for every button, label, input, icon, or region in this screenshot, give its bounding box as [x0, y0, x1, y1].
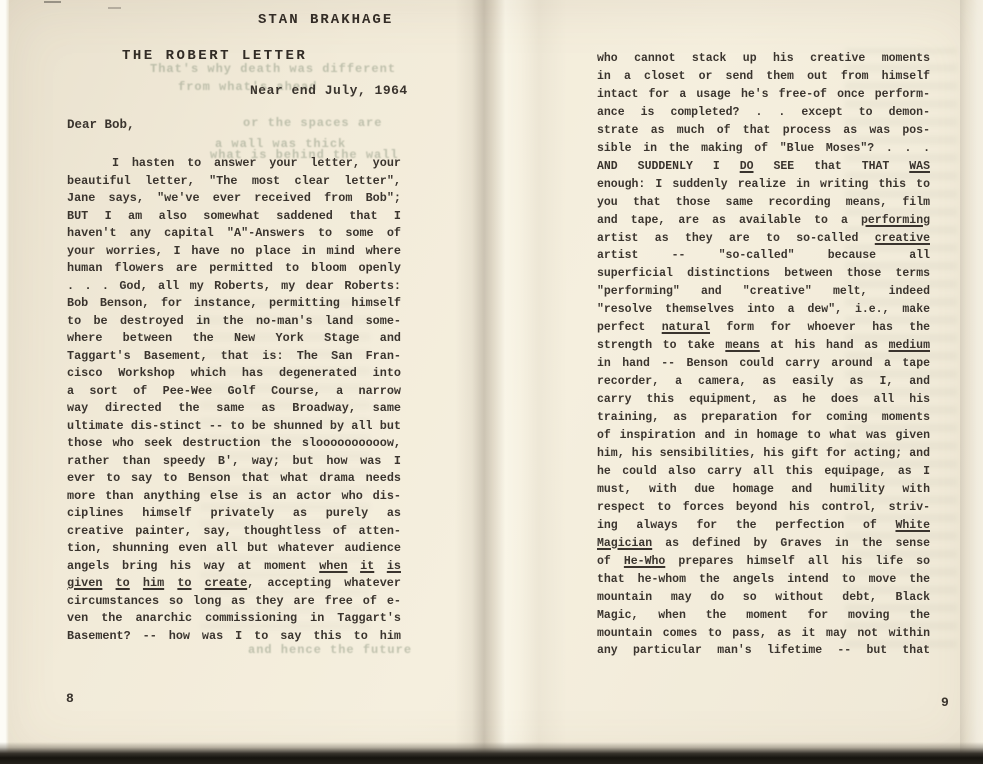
salutation: Dear Bob, [67, 118, 135, 132]
running-header-author: STAN BRAKHAGE [258, 12, 393, 28]
date-line: Near end July, 1964 [250, 83, 408, 98]
showthrough-text: and hence the future [248, 643, 412, 657]
text-line: artist -- "so-called" because all [597, 247, 930, 265]
text-line: Magic, when the moment for moving the [597, 607, 930, 625]
text-line: Basement? -- how was I to say this to hi… [67, 628, 401, 646]
text-line: enough: I suddenly realize in writing th… [597, 176, 930, 194]
text-line: more than anything else is an actor who … [67, 488, 401, 506]
text-line: perfect natural form for whoever has the [597, 319, 930, 337]
text-line: artist as they are to so-called creative [597, 230, 930, 248]
text-line: circumstances so long as they are free o… [67, 593, 401, 611]
text-line: given to him to create, accepting whatev… [67, 575, 401, 593]
text-line: to be destroyed in the no-man's land som… [67, 313, 401, 331]
text-line: respect to forces beyond his control, st… [597, 499, 930, 517]
text-line: where between the New York Stage and [67, 330, 401, 348]
text-line: angels bring his way at moment when it i… [67, 558, 401, 576]
text-line: and tape, are as available to a performi… [597, 212, 930, 230]
text-line: of inspiration and in homage to what was… [597, 427, 930, 445]
text-line: of He-Who prepares himself all his life … [597, 553, 930, 571]
text-line: creative painter, say, thoughtless of at… [67, 523, 401, 541]
text-line: training, as preparation for coming mome… [597, 409, 930, 427]
text-line: rather than speedy B', way; but how was … [67, 453, 401, 471]
text-line: ever to say to Benson that what drama ne… [67, 470, 401, 488]
text-line: strate as much of that process as was po… [597, 122, 930, 140]
text-line: beautiful letter, "The most clear letter… [67, 173, 401, 191]
text-line: ing always for the perfection of White [597, 517, 930, 535]
text-line: AND SUDDENLY I DO SEE that THAT WAS [597, 158, 930, 176]
text-line: BUT I am also somewhat saddened that I [67, 208, 401, 226]
showthrough-text: or the spaces are [243, 116, 382, 130]
book-edge-shadow [0, 742, 983, 764]
scan-artifact [108, 7, 121, 9]
text-line: Taggart's Basement, that is: The San Fra… [67, 348, 401, 366]
text-line: in a closet or send them out from himsel… [597, 68, 930, 86]
text-line: that he-whom the angels intend to move t… [597, 571, 930, 589]
text-line: Bob Benson, for instance, permitting him… [67, 295, 401, 313]
scan-artifact [44, 1, 61, 3]
text-line: human flowers are permitted to bloom ope… [67, 260, 401, 278]
showthrough-text: That's why death was different [150, 62, 396, 76]
text-line: "performing" and "creative" melt, indeed [597, 283, 930, 301]
text-line: haven't any capital "A"-Answers to some … [67, 225, 401, 243]
page-number-right: 9 [941, 695, 949, 710]
text-line: ultimate dis-stinct -- to be shunned by … [67, 418, 401, 436]
text-line: him, his sensibilities, his gift for act… [597, 445, 930, 463]
text-line: Magician as defined by Graves in the sen… [597, 535, 930, 553]
text-line: . . . God, all my Roberts, my dear Rober… [67, 278, 401, 296]
text-line: tion, shunning even all but whatever aud… [67, 540, 401, 558]
text-line: you that those same recording means, fil… [597, 194, 930, 212]
page-edge-right [960, 0, 983, 764]
text-line: strength to take means at his hand as me… [597, 337, 930, 355]
text-line: carry this equipment, as he does all his [597, 391, 930, 409]
text-line: those who seek destruction the slooooooo… [67, 435, 401, 453]
right-page-text-column: who cannot stack up his creative moments… [597, 50, 930, 660]
text-line: ven the anarchic commissioning in Taggar… [67, 610, 401, 628]
text-line: mountain may do so without debt, Black [597, 589, 930, 607]
text-line: sible in the making of "Blue Moses"? . .… [597, 140, 930, 158]
text-line: any particular man's lifetime -- but tha… [597, 642, 930, 660]
text-line: who cannot stack up his creative moments [597, 50, 930, 68]
page-gutter-shadow [455, 0, 567, 764]
text-line: "resolve themselves into a dew", i.e., m… [597, 301, 930, 319]
text-line: mountain comes to pass, as it may not wi… [597, 625, 930, 643]
text-line: intact for a usage he's free-of once per… [597, 86, 930, 104]
text-line: a sort of Pee-Wee Golf Course, a narrow [67, 383, 401, 401]
text-line: I hasten to answer your letter, your [67, 155, 401, 173]
text-line: must, with due homage and humility with [597, 481, 930, 499]
text-line: superficial distinctions between those t… [597, 265, 930, 283]
text-line: ance is completed? . . except to demon- [597, 104, 930, 122]
text-line: he could also carry all this equipage, a… [597, 463, 930, 481]
text-line: in hand -- Benson could carry around a t… [597, 355, 930, 373]
text-line: ciplines himself privately as purely as [67, 505, 401, 523]
scanner-edge-left [0, 0, 9, 764]
book-scan: That's why death was different from what… [0, 0, 983, 764]
text-line: cisco Workshop which has degenerated int… [67, 365, 401, 383]
letter-title: THE ROBERT LETTER [122, 48, 307, 64]
left-page-text-column: I hasten to answer your letter, yourbeau… [67, 155, 401, 645]
text-line: way directed the same as Broadway, same [67, 400, 401, 418]
text-line: recorder, a camera, as easily as I, and [597, 373, 930, 391]
text-line: your worries, I have no place in mind wh… [67, 243, 401, 261]
text-line: Jane says, "we've ever received from Bob… [67, 190, 401, 208]
page-number-left: 8 [66, 691, 74, 706]
